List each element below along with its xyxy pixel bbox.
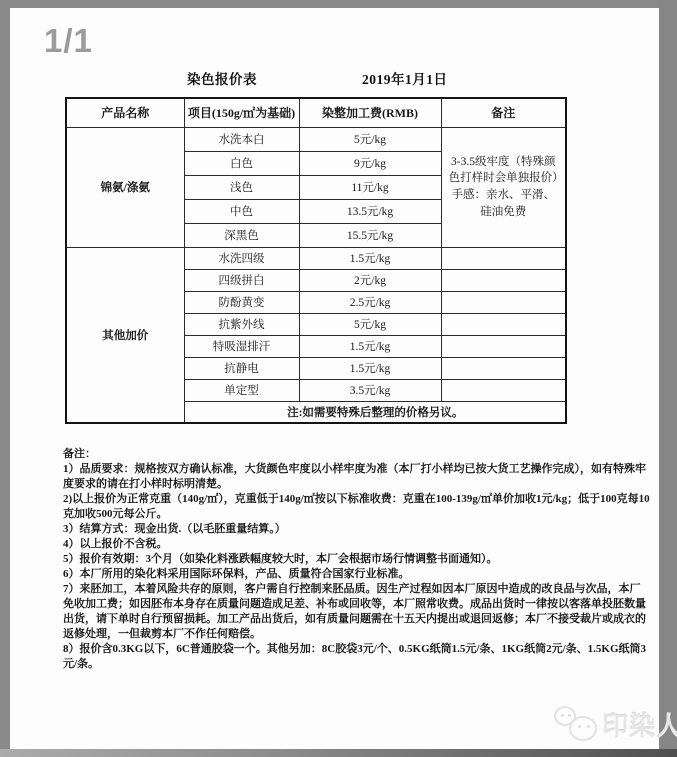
remark-cell-empty xyxy=(441,247,566,269)
remark-cell-empty xyxy=(441,357,566,379)
item-cell: 浅色 xyxy=(184,175,299,199)
header-fee: 染整加工费(RMB) xyxy=(299,98,441,127)
price-cell: 3.5元/kg xyxy=(299,379,441,401)
price-cell: 1.5元/kg xyxy=(299,335,441,357)
item-cell: 白色 xyxy=(184,151,299,175)
remark-cell-empty xyxy=(441,291,566,313)
header-product-name: 产品名称 xyxy=(66,98,184,127)
price-cell: 15.5元/kg xyxy=(299,223,441,247)
remark-cell-empty xyxy=(441,335,566,357)
notes-heading: 备注： xyxy=(63,447,651,462)
photo-edge-right xyxy=(659,0,677,757)
scanned-document-photo: 1/1 染色报价表 2019年1月1日 产品名称 项目(150g/㎡为基础) 染… xyxy=(0,0,677,757)
item-cell: 水洗四级 xyxy=(184,247,299,269)
item-cell: 水洗本白 xyxy=(184,127,299,151)
table-header-row: 产品名称 项目(150g/㎡为基础) 染整加工费(RMB) 备注 xyxy=(66,98,566,127)
remark-cell-empty xyxy=(441,379,566,401)
watermark-logo: 印染人 xyxy=(552,700,674,746)
note-item-8: 8）报价含0.3KG以下，6C普通胶袋一个。其他另加：8C胶袋3元/个、0.5K… xyxy=(63,642,651,672)
table-row: 其他加价 水洗四级 1.5元/kg xyxy=(66,247,566,269)
price-cell: 5元/kg xyxy=(299,313,441,335)
document-title: 染色报价表 xyxy=(187,68,257,88)
item-cell: 防酚黄变 xyxy=(184,291,299,313)
document-date: 2019年1月1日 xyxy=(362,68,448,88)
product-name-cell: 锦氨/涤氨 xyxy=(66,127,184,247)
remark-cell: 3-3.5级牢度（特殊颜色打样时会单独报价） 手感：亲水、平滑、硅油免费 xyxy=(441,127,566,247)
remark-cell-empty xyxy=(441,313,566,335)
price-cell: 1.5元/kg xyxy=(299,247,441,269)
note-item-4: 4）以上报价不含税。 xyxy=(63,537,651,552)
price-cell: 5元/kg xyxy=(299,127,441,151)
header-remark: 备注 xyxy=(441,98,566,127)
watermark-text: 印染人 xyxy=(602,706,677,743)
item-cell: 特吸湿排汗 xyxy=(184,335,299,357)
price-cell: 2元/kg xyxy=(299,269,441,291)
note-item-7: 7）来胚加工，本着风险共存的原则，客户需自行控制来胚品质。因生产过程如因本厂原因… xyxy=(63,582,651,642)
note-item-1: 1）品质要求：规格按双方确认标准，大货颜色牢度以小样牢度为准（本厂打小样均已按大… xyxy=(63,462,651,492)
note-item-2: 2)以上报价为正常克重（140g/㎡），克重低于140g/㎡按以下标准收费：克重… xyxy=(63,492,651,522)
item-cell: 抗静电 xyxy=(184,357,299,379)
price-cell: 1.5元/kg xyxy=(299,357,441,379)
item-cell: 抗紫外线 xyxy=(184,313,299,335)
item-cell: 中色 xyxy=(184,199,299,223)
photo-edge-bottom xyxy=(0,749,677,757)
header-item: 项目(150g/㎡为基础) xyxy=(184,98,299,127)
price-cell: 11元/kg xyxy=(299,175,441,199)
remark-cell-empty xyxy=(441,269,566,291)
price-cell: 2.5元/kg xyxy=(299,291,441,313)
item-cell: 四级拼白 xyxy=(184,269,299,291)
table-footnote: 注:如需要特殊后整理的价格另议。 xyxy=(184,401,566,423)
price-cell: 9元/kg xyxy=(299,151,441,175)
item-cell: 单定型 xyxy=(184,379,299,401)
chat-face-large-icon xyxy=(569,716,597,741)
item-cell: 深黑色 xyxy=(184,223,299,247)
note-item-5: 5）报价有效期：3个月（如染化料涨跌幅度较大时，本厂会根据市场行情调整书面通知）… xyxy=(63,552,651,567)
price-table: 产品名称 项目(150g/㎡为基础) 染整加工费(RMB) 备注 锦氨/涤氨 水… xyxy=(65,97,567,424)
page-indicator: 1/1 xyxy=(44,22,93,60)
note-item-6: 6）本厂所用的染化料采用国际环保料，产品、质量符合国家行业标准。 xyxy=(63,567,651,582)
chat-bubble-faces-icon xyxy=(552,704,600,744)
notes-section: 备注： 1）品质要求：规格按双方确认标准，大货颜色牢度以小样牢度为准（本厂打小样… xyxy=(63,447,651,672)
note-item-3: 3）结算方式：现金出货.（以毛胚重量结算。） xyxy=(63,522,651,537)
table-row: 锦氨/涤氨 水洗本白 5元/kg 3-3.5级牢度（特殊颜色打样时会单独报价） … xyxy=(66,127,566,151)
price-cell: 13.5元/kg xyxy=(299,199,441,223)
product-name-cell: 其他加价 xyxy=(66,247,184,423)
